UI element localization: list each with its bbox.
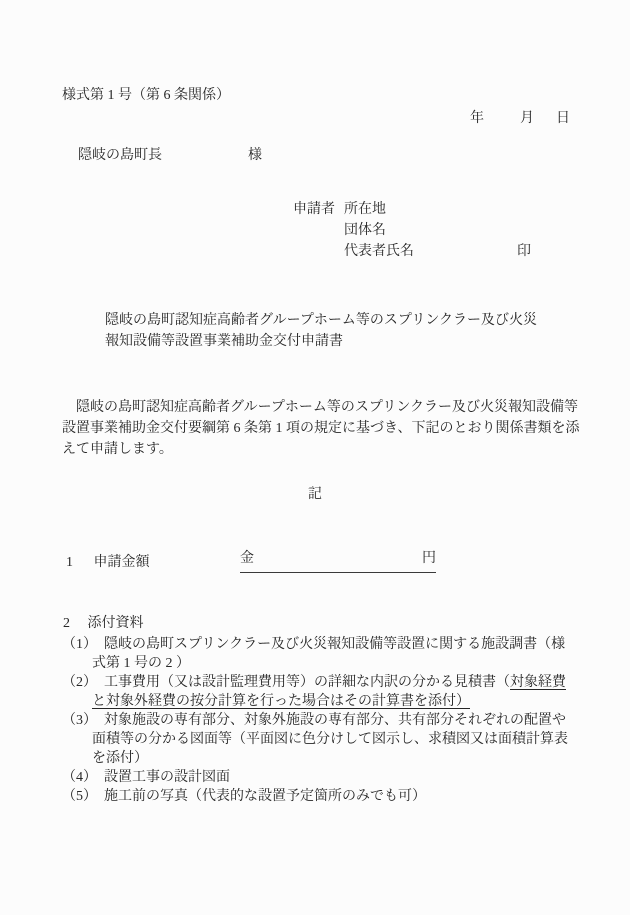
amount-prefix: 金 — [240, 552, 254, 566]
applicant-label: 申請者 — [293, 203, 344, 217]
applicant-representative-label: 代表者氏名 — [344, 245, 414, 259]
attachment-item-5: （5） 施工前の写真（代表的な設置予定箇所のみでも可） — [62, 787, 582, 806]
attachment-item-1: （1） 隠岐の島町スプリンクラー及び火災報知設備等設置に関する施設調書（様 式第… — [62, 635, 582, 673]
attachment-item-2: （2） 工事費用（又は設計監理費用等）の詳細な内訳の分かる見積書（対象経費 と対… — [62, 673, 582, 711]
addressee-honorific: 様 — [248, 149, 262, 163]
date-day-label: 日 — [556, 112, 570, 126]
attachment-item-4: （4） 設置工事の設計図面 — [62, 768, 582, 787]
section2-heading: 2 添付資料 — [63, 617, 144, 631]
attachment-item-2-text: （2） 工事費用（又は設計監理費用等）の詳細な内訳の分かる見積書（ — [62, 675, 510, 690]
document-title: 隠岐の島町認知症高齢者グループホーム等のスプリンクラー及び火災 報知設備等設置事… — [105, 310, 537, 352]
seal-label: 印 — [517, 245, 531, 259]
section2-number: 2 — [63, 617, 70, 631]
record-marker: 記 — [62, 488, 568, 502]
applicant-label-spacer — [293, 245, 344, 259]
section1-heading: 1 申請金額 — [66, 556, 150, 570]
section1-number: 1 — [66, 556, 73, 570]
date-year-label: 年 — [470, 112, 484, 126]
document-page: 様式第 1 号（第 6 条関係） 年 月 日 隠岐の島町長 様 申請者 所在地 … — [0, 0, 630, 915]
applicant-label-spacer — [293, 224, 344, 238]
attachments-list: （1） 隠岐の島町スプリンクラー及び火災報知設備等設置に関する施設調書（様 式第… — [62, 635, 582, 806]
addressee-name: 隠岐の島町長 — [78, 149, 162, 163]
date-month-label: 月 — [520, 112, 534, 126]
body-paragraph: 隠岐の島町認知症高齢者グループホーム等のスプリンクラー及び火災報知設備等 設置事… — [62, 397, 592, 460]
applicant-block: 申請者 所在地 団体名 代表者氏名 — [293, 203, 414, 259]
attachment-item-3: （3） 対象施設の専有部分、対象外施設の専有部分、共有部分それぞれの配置や 面積… — [62, 711, 582, 768]
section1-label: 申請金額 — [94, 555, 150, 570]
applicant-address-label: 所在地 — [344, 203, 414, 217]
amount-suffix: 円 — [422, 552, 436, 566]
amount-field: 金 円 — [240, 552, 436, 573]
form-number: 様式第 1 号（第 6 条関係） — [62, 89, 230, 103]
applicant-organization-label: 団体名 — [344, 224, 414, 238]
section2-label: 添付資料 — [88, 616, 144, 631]
